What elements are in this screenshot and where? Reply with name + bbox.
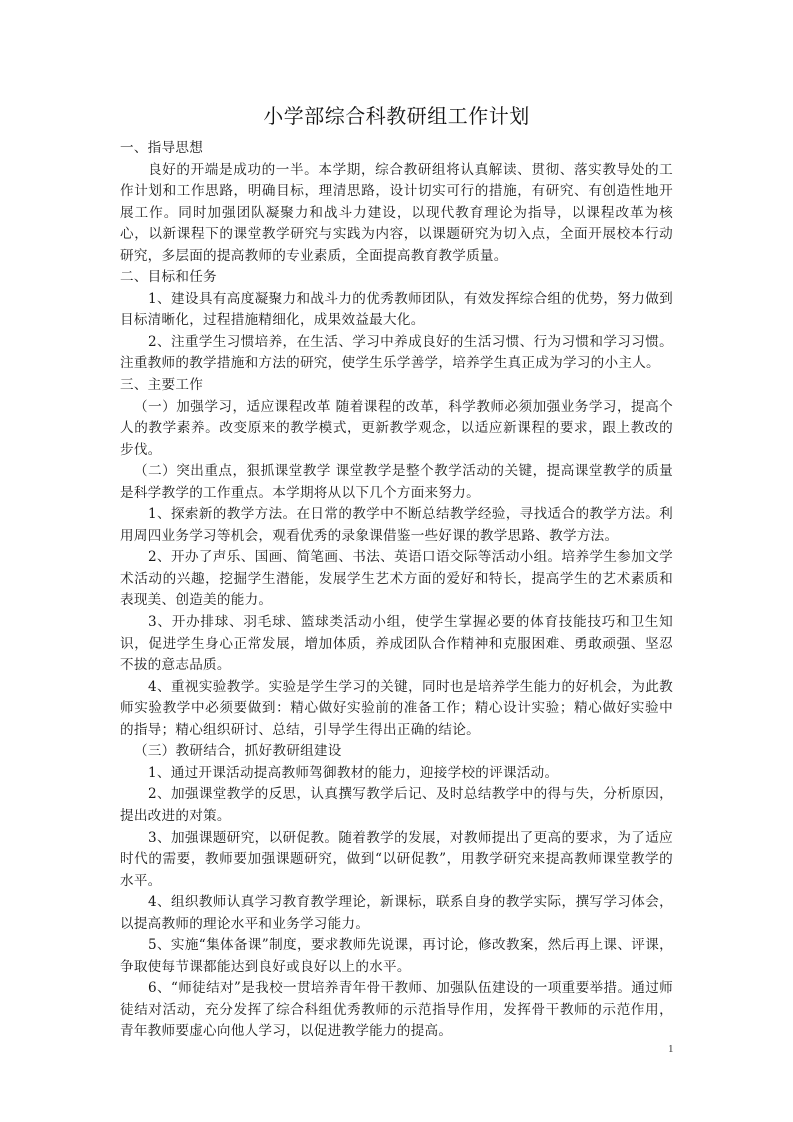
list-item: 3、开办排球、羽毛球、篮球类活动小组，使学生掌握必要的体育技能技巧和卫生知识，促…: [120, 612, 673, 677]
paragraph: 1、建设具有高度凝聚力和战斗力的优秀教师团队，有效发挥综合组的优势，努力做到目标…: [120, 289, 673, 332]
document-title: 小学部综合科教研组工作计划: [0, 101, 793, 131]
subsection-strengthen-learning: （一）加强学习，适应课程改革 随着课程的改革，科学教师必须加强业务学习，提高个人…: [120, 397, 673, 462]
list-item: 5、实施“集体备课”制度，要求教师先说课，再讨论，修改教案，然后再上课、评课，争…: [120, 935, 673, 978]
page-number: 1: [668, 1043, 674, 1055]
document-body: 一、指导思想 良好的开端是成功的一半。本学期，综合教研组将认真解读、贯彻、落实教…: [120, 138, 673, 1043]
list-item: 6、“师徒结对”是我校一贯培养青年骨干教师、加强队伍建设的一项重要举措。通过师徒…: [120, 978, 673, 1043]
list-item: 1、探索新的教学方法。在日常的教学中不断总结教学经验，寻找适合的教学方法。利用周…: [120, 504, 673, 547]
section-heading-main-work: 三、主要工作: [120, 375, 673, 397]
section-heading-goals-tasks: 二、目标和任务: [120, 267, 673, 289]
subsection-classroom-teaching: （二）突出重点，狠抓课堂教学 课堂教学是整个教学活动的关键，提高课堂教学的质量是…: [120, 461, 673, 504]
list-item: 1、通过开课活动提高教师驾御教材的能力，迎接学校的评课活动。: [120, 763, 673, 785]
list-item: 2、开办了声乐、国画、简笔画、书法、英语口语交际等活动小组。培养学生参加文学术活…: [120, 547, 673, 612]
paragraph: 2、注重学生习惯培养，在生活、学习中养成良好的生活习惯、行为习惯和学习习惯。注重…: [120, 332, 673, 375]
section-heading-guiding-ideology: 一、指导思想: [120, 138, 673, 160]
list-item: 3、加强课题研究，以研促教。随着教学的发展，对教师提出了更高的要求，为了适应时代…: [120, 828, 673, 893]
list-item: 4、重视实验教学。实验是学生学习的关键，同时也是培养学生能力的好机会，为此教师实…: [120, 677, 673, 742]
document-page: 小学部综合科教研组工作计划 一、指导思想 良好的开端是成功的一半。本学期，综合教…: [0, 0, 793, 1122]
paragraph: 良好的开端是成功的一半。本学期，综合教研组将认真解读、贯彻、落实教导处的工作计划…: [120, 160, 673, 268]
list-item: 2、加强课堂教学的反思，认真撰写教学后记、及时总结教学中的得与失，分析原因，提出…: [120, 784, 673, 827]
subsection-teaching-research: （三）教研结合，抓好教研组建设: [120, 741, 673, 763]
list-item: 4、组织教师认真学习教育教学理论，新课标，联系自身的教学实际，撰写学习体会，以提…: [120, 892, 673, 935]
